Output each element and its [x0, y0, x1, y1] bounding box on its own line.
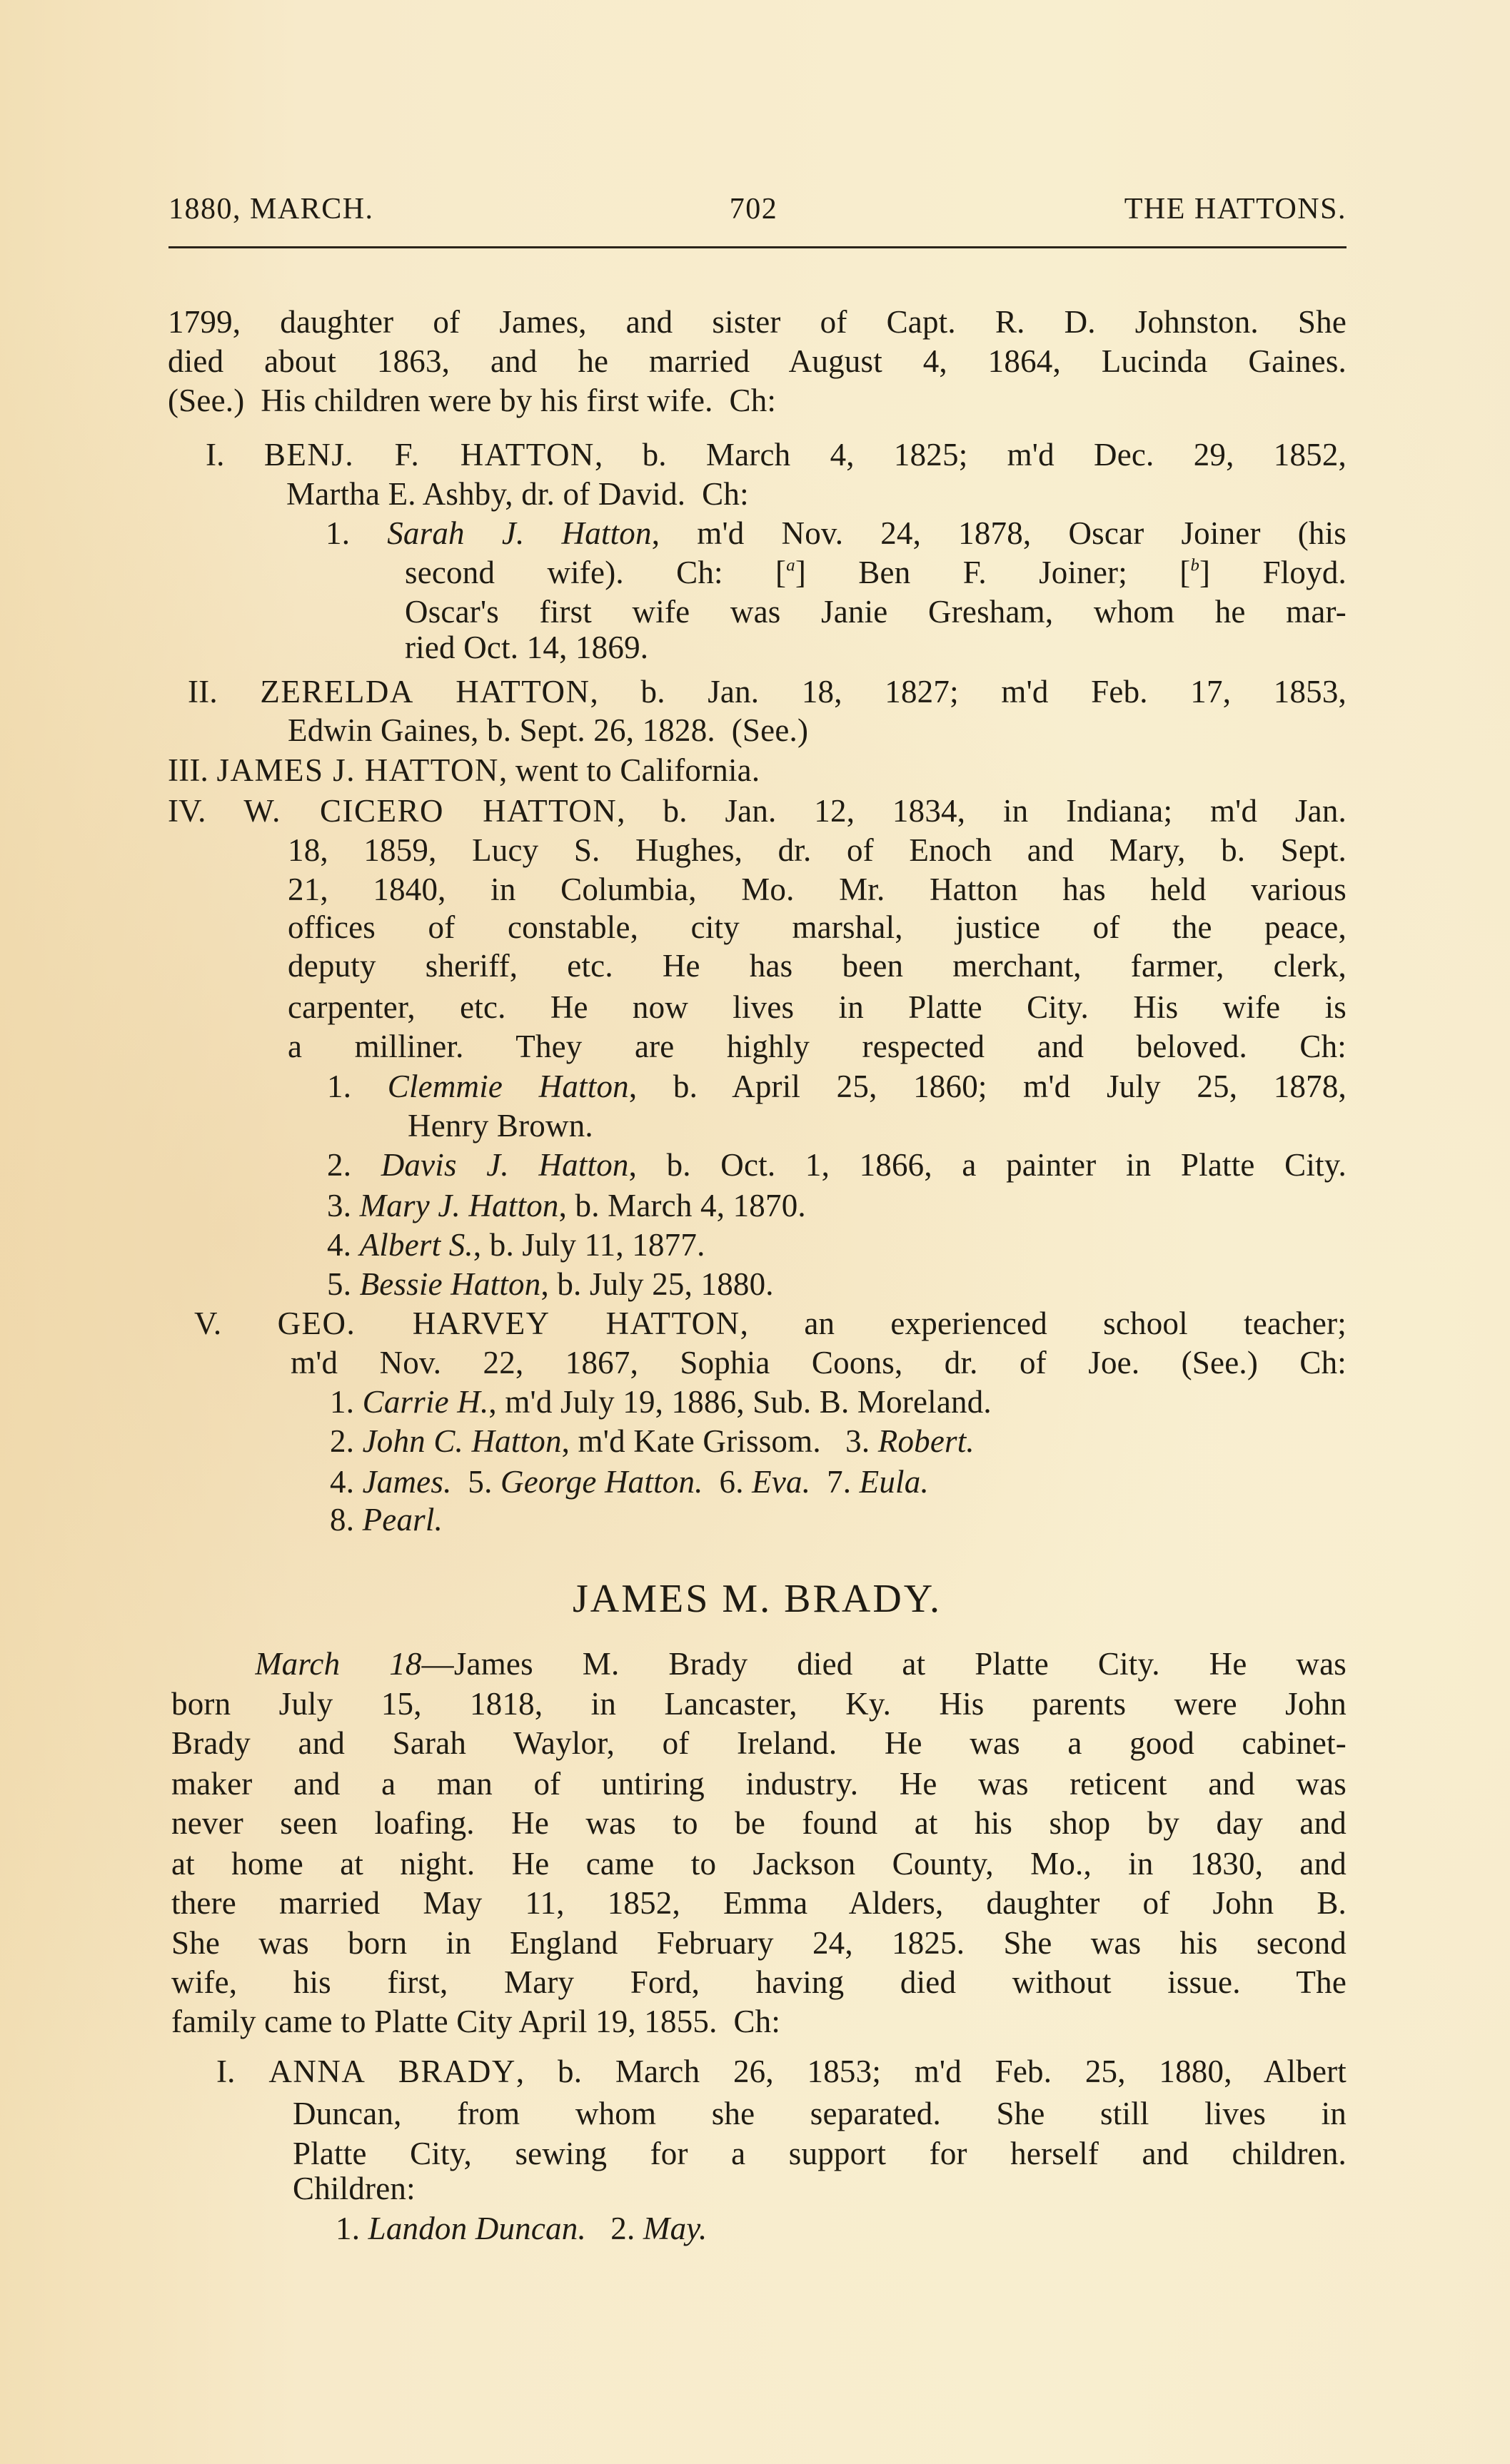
child-entry-anna: I. ANNA BRADY, b. March 26, 1853; m'd Fe…	[216, 2052, 1347, 2091]
grandchild-entry: 4. Albert S., b. July 11, 1877.	[327, 1226, 705, 1265]
item-number: 3.	[327, 1188, 351, 1223]
em-dash: —	[422, 1646, 454, 1682]
text-line: second wife). Ch: [a] Ben F. Joiner; [b]…	[405, 553, 1347, 592]
text-line: Oscar's first wife was Janie Gresham, wh…	[405, 592, 1347, 632]
entry-text: , b. Oct. 1, 1866, a painter in Platte C…	[629, 1147, 1347, 1183]
grandchild-row: 2. John C. Hatton, m'd Kate Grissom. 3. …	[330, 1422, 975, 1461]
item-number: 6.	[720, 1464, 744, 1500]
person-name: ZERELDA HATTON	[260, 674, 590, 710]
dateline: March 18	[255, 1646, 422, 1682]
text-line: never seen loafing. He was to be found a…	[171, 1804, 1347, 1843]
text-line: offices of constable, city marshal, just…	[288, 908, 1347, 947]
text-line: Edwin Gaines, b. Sept. 26, 1828. (See.)	[288, 711, 808, 750]
grandchild-entry: 1. Clemmie Hatton, b. April 25, 1860; m'…	[327, 1067, 1347, 1106]
text-line: (See.) His children were by his first wi…	[168, 381, 776, 420]
roman-numeral: IV.	[168, 793, 206, 829]
text-line: ried Oct. 14, 1869.	[405, 628, 648, 667]
entry-text: , went to California.	[499, 752, 760, 788]
grandchild-row: 4. James. 5. George Hatton. 6. Eva. 7. E…	[330, 1463, 929, 1502]
text-line: maker and a man of untiring industry. He…	[171, 1764, 1347, 1804]
grandchild-row: 1. Landon Duncan. 2. May.	[336, 2209, 707, 2248]
footnote-marker: b	[1190, 556, 1199, 575]
entry-text: , m'd Kate Grissom.	[562, 1423, 821, 1459]
person-name: Carrie H.	[363, 1384, 489, 1420]
entry-text: , m'd Nov. 24, 1878, Oscar Joiner (his	[652, 515, 1347, 551]
person-name: Clemmie Hatton	[388, 1069, 629, 1104]
text-line: Children:	[293, 2169, 416, 2208]
item-number: 5.	[327, 1266, 351, 1302]
person-name: Bessie Hatton	[360, 1266, 541, 1302]
text-line: She was born in England February 24, 182…	[171, 1924, 1347, 1963]
grandchild-entry: 8. Pearl.	[330, 1500, 443, 1540]
entry-text: ] Floyd.	[1199, 555, 1347, 590]
text-line: Henry Brown.	[408, 1106, 593, 1146]
item-number: 7.	[827, 1464, 851, 1500]
text-line: 1799, daughter of James, and sister of C…	[168, 303, 1347, 342]
entry-text: , b. March 4, 1825; m'd Dec. 29, 1852,	[595, 437, 1347, 473]
roman-numeral: V.	[194, 1306, 221, 1341]
text-line: carpenter, etc. He now lives in Platte C…	[288, 988, 1347, 1027]
grandchild-entry: 1. Sarah J. Hatton, m'd Nov. 24, 1878, O…	[326, 514, 1347, 553]
item-number: 4.	[327, 1227, 351, 1263]
person-name: Sarah J. Hatton	[387, 515, 651, 551]
section-heading: JAMES M. BRADY.	[168, 1577, 1347, 1620]
child-entry-cicero: IV. W. CICERO HATTON, b. Jan. 12, 1834, …	[168, 792, 1347, 831]
person-name: Eva.	[752, 1464, 810, 1500]
book-page: 1880, MARCH. 702 THE HATTONS. 1799, daug…	[0, 0, 1510, 2464]
item-number: 1.	[336, 2211, 360, 2246]
text-line: March 18—James M. Brady died at Platte C…	[255, 1645, 1347, 1684]
entry-text: , b. July 11, 1877.	[473, 1227, 705, 1263]
person-name: Robert.	[878, 1423, 975, 1459]
entry-text: ] Ben F. Joiner; [	[795, 555, 1191, 590]
running-header-right: THE HATTONS.	[1124, 191, 1347, 227]
text-line: m'd Nov. 22, 1867, Sophia Coons, dr. of …	[291, 1343, 1347, 1383]
child-entry-geo: V. GEO. HARVEY HATTON, an experienced sc…	[194, 1304, 1347, 1343]
person-name: GEO. HARVEY HATTON	[278, 1306, 740, 1341]
item-number: 5.	[468, 1464, 492, 1500]
text-line: deputy sheriff, etc. He has been merchan…	[288, 946, 1347, 986]
person-name: John C. Hatton	[363, 1423, 562, 1459]
roman-numeral: I.	[206, 437, 225, 473]
person-name: Mary J. Hatton	[360, 1188, 559, 1223]
person-name: BENJ. F. HATTON	[264, 437, 595, 473]
entry-text: second wife). Ch: [	[405, 555, 786, 590]
item-number: 2.	[610, 2211, 635, 2246]
person-name: Eula.	[860, 1464, 929, 1500]
person-name: JAMES J. HATTON	[216, 752, 498, 788]
grandchild-entry: 2. Davis J. Hatton, b. Oct. 1, 1866, a p…	[327, 1146, 1347, 1185]
item-number: 1.	[327, 1069, 351, 1104]
person-name: ANNA BRADY	[268, 2054, 516, 2089]
text-line: Brady and Sarah Waylor, of Ireland. He w…	[171, 1724, 1347, 1763]
text-line: at home at night. He came to Jackson Cou…	[171, 1844, 1347, 1884]
text-line: wife, his first, Mary Ford, having died …	[171, 1963, 1347, 2002]
roman-numeral: II.	[188, 674, 218, 710]
item-number: 3.	[845, 1423, 870, 1459]
person-name: George Hatton.	[500, 1464, 703, 1500]
roman-numeral: I.	[216, 2054, 236, 2089]
text-line: born July 15, 1818, in Lancaster, Ky. Hi…	[171, 1685, 1347, 1724]
entry-text: , b. July 25, 1880.	[540, 1266, 773, 1302]
entry-text: , b. March 4, 1870.	[559, 1188, 806, 1223]
entry-text: James M. Brady died at Platte City. He w…	[454, 1646, 1347, 1682]
entry-text: , b. Jan. 18, 1827; m'd Feb. 17, 1853,	[590, 674, 1347, 710]
entry-text: , b. April 25, 1860; m'd July 25, 1878,	[629, 1069, 1347, 1104]
item-number: 2.	[330, 1423, 354, 1459]
text-line: 18, 1859, Lucy S. Hughes, dr. of Enoch a…	[288, 831, 1347, 870]
person-name: James.	[363, 1464, 452, 1500]
header-rule	[168, 246, 1347, 248]
grandchild-entry: 5. Bessie Hatton, b. July 25, 1880.	[327, 1265, 774, 1304]
text-line: family came to Platte City April 19, 185…	[171, 2002, 780, 2041]
child-entry-zerelda: II. ZERELDA HATTON, b. Jan. 18, 1827; m'…	[188, 672, 1347, 712]
text-line: there married May 11, 1852, Emma Alders,…	[171, 1884, 1347, 1923]
person-name: Landon Duncan.	[368, 2211, 586, 2246]
person-name: Davis J. Hatton	[381, 1147, 629, 1183]
person-name: May.	[643, 2211, 708, 2246]
entry-text: , an experienced school teacher;	[740, 1306, 1347, 1341]
item-number: 1.	[326, 515, 350, 551]
footnote-marker: a	[786, 556, 795, 575]
child-entry-james: III. JAMES J. HATTON, went to California…	[168, 751, 760, 790]
text-line: Platte City, sewing for a support for he…	[293, 2134, 1347, 2173]
entry-text: , b. Jan. 12, 1834, in Indiana; m'd Jan.	[617, 793, 1347, 829]
item-number: 1.	[330, 1384, 354, 1420]
item-number: 8.	[330, 1502, 354, 1538]
text-line: 21, 1840, in Columbia, Mo. Mr. Hatton ha…	[288, 870, 1347, 909]
child-entry-benj: I. BENJ. F. HATTON, b. March 4, 1825; m'…	[206, 435, 1347, 475]
text-line: Martha E. Ashby, dr. of David. Ch:	[286, 475, 749, 514]
grandchild-entry: 1. Carrie H., m'd July 19, 1886, Sub. B.…	[330, 1383, 992, 1422]
roman-numeral: III.	[168, 752, 208, 788]
person-name: Pearl.	[363, 1502, 443, 1538]
person-name: Albert S.	[360, 1227, 473, 1263]
item-number: 2.	[327, 1147, 351, 1183]
entry-text: , b. March 26, 1853; m'd Feb. 25, 1880, …	[516, 2054, 1347, 2089]
text-line: died about 1863, and he married August 4…	[168, 342, 1347, 381]
text-line: Duncan, from whom she separated. She sti…	[293, 2094, 1347, 2134]
item-number: 4.	[330, 1464, 354, 1500]
grandchild-entry: 3. Mary J. Hatton, b. March 4, 1870.	[327, 1186, 806, 1226]
entry-text: , m'd July 19, 1886, Sub. B. Moreland.	[488, 1384, 991, 1420]
text-line: a milliner. They are highly respected an…	[288, 1027, 1347, 1066]
person-name: W. CICERO HATTON	[243, 793, 617, 829]
